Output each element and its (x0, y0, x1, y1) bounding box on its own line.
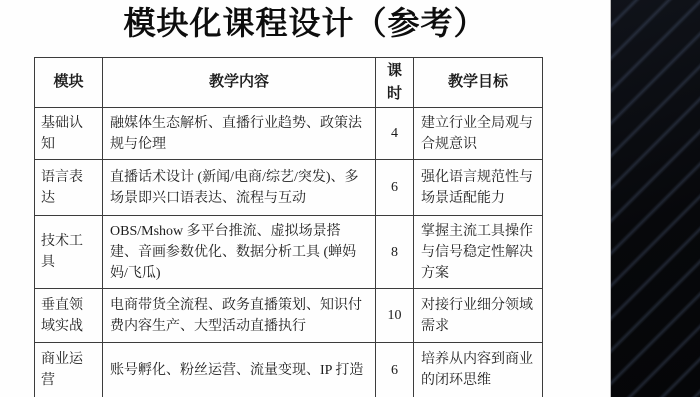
module-cell: 技术工具 (35, 216, 103, 289)
module-cell: 基础认知 (35, 108, 103, 160)
content-cell: 账号孵化、粉丝运营、流量变现、IP 打造 (103, 343, 376, 397)
hours-cell: 6 (376, 160, 414, 216)
course-table: 模块 教学内容 课时 教学目标 基础认知 融媒体生态解析、直播行业趋势、政策法规… (34, 57, 543, 397)
module-cell: 语言表达 (35, 160, 103, 216)
table-row: 商业运营 账号孵化、粉丝运营、流量变现、IP 打造 6 培养从内容到商业的闭环思… (35, 343, 543, 397)
content-cell: OBS/Mshow 多平台推流、虚拟场景搭建、音画参数优化、数据分析工具 (蝉妈… (103, 216, 376, 289)
dark-texture-panel (610, 0, 700, 397)
goal-cell: 建立行业全局观与合规意识 (414, 108, 543, 160)
goal-cell: 强化语言规范性与场景适配能力 (414, 160, 543, 216)
table-header-row: 模块 教学内容 课时 教学目标 (35, 58, 543, 108)
header-cell-content: 教学内容 (103, 58, 376, 108)
hours-cell: 8 (376, 216, 414, 289)
table-row: 语言表达 直播话术设计 (新闻/电商/综艺/突发)、多场景即兴口语表达、流程与互… (35, 160, 543, 216)
page-title: 模块化课程设计（参考） (0, 0, 610, 42)
module-cell: 垂直领域实战 (35, 289, 103, 343)
content-cell: 融媒体生态解析、直播行业趋势、政策法规与伦理 (103, 108, 376, 160)
header-cell-hours: 课时 (376, 58, 414, 108)
header-cell-module: 模块 (35, 58, 103, 108)
content-cell: 电商带货全流程、政务直播策划、知识付费内容生产、大型活动直播执行 (103, 289, 376, 343)
slide: 模块化课程设计（参考） 模块 教学内容 课时 教学目标 基础认知 融媒体生态解析… (0, 0, 700, 397)
content-cell: 直播话术设计 (新闻/电商/综艺/突发)、多场景即兴口语表达、流程与互动 (103, 160, 376, 216)
table-row: 垂直领域实战 电商带货全流程、政务直播策划、知识付费内容生产、大型活动直播执行 … (35, 289, 543, 343)
module-cell: 商业运营 (35, 343, 103, 397)
content-area: 模块化课程设计（参考） 模块 教学内容 课时 教学目标 基础认知 融媒体生态解析… (0, 0, 610, 397)
hours-cell: 6 (376, 343, 414, 397)
goal-cell: 培养从内容到商业的闭环思维 (414, 343, 543, 397)
header-cell-goal: 教学目标 (414, 58, 543, 108)
goal-cell: 掌握主流工具操作与信号稳定性解决方案 (414, 216, 543, 289)
table-row: 技术工具 OBS/Mshow 多平台推流、虚拟场景搭建、音画参数优化、数据分析工… (35, 216, 543, 289)
goal-cell: 对接行业细分领域需求 (414, 289, 543, 343)
table-row: 基础认知 融媒体生态解析、直播行业趋势、政策法规与伦理 4 建立行业全局观与合规… (35, 108, 543, 160)
hours-cell: 10 (376, 289, 414, 343)
hours-cell: 4 (376, 108, 414, 160)
